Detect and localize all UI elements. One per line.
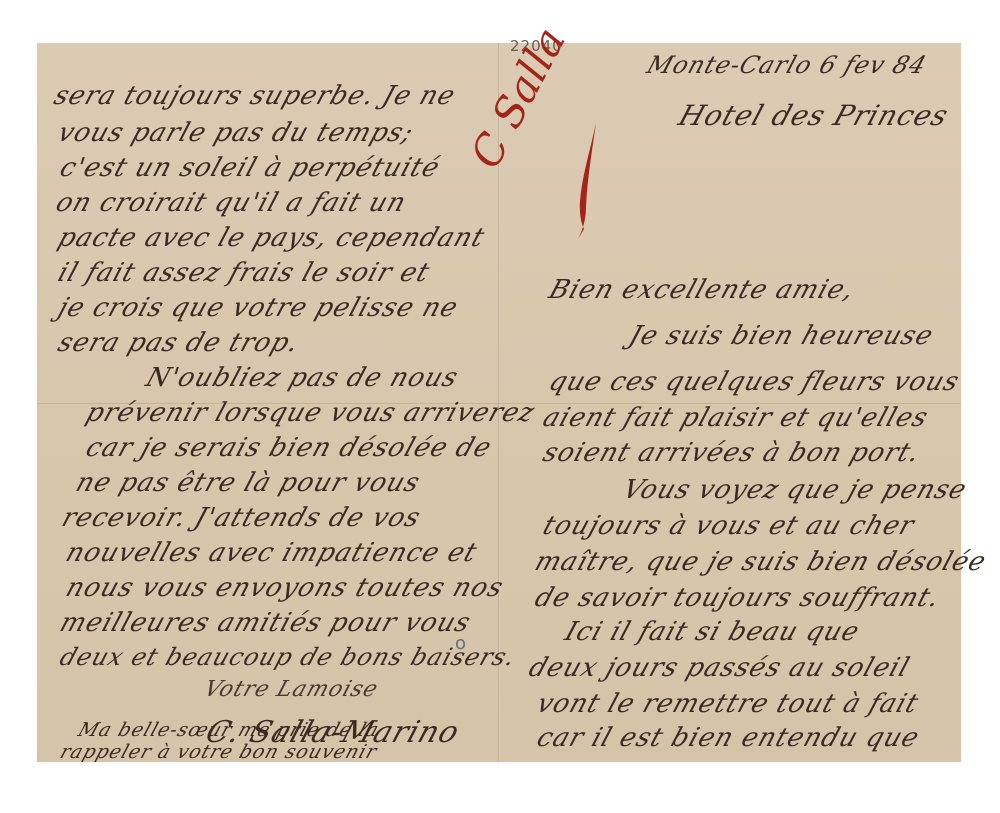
postscript-line: Ma belle-sœur me prie de la: [75, 719, 382, 741]
text-line: meilleures amitiés pour vous: [56, 608, 475, 638]
text-line: vont le remettre tout à fait: [533, 689, 923, 719]
text-line: sera toujours superbe. Je ne: [50, 81, 459, 111]
monogram: C Salla: [514, 81, 614, 221]
text-line: vous parle pas du temps;: [54, 118, 418, 148]
text-line: Je suis bien heureuse: [625, 321, 937, 351]
text-line: pacte avec le pays, cependant: [54, 223, 489, 253]
text-line: Ici il fait si beau que: [561, 617, 863, 647]
text-line: maître, que je suis bien désolée: [531, 547, 990, 577]
text-line: Vous voyez que je pense: [619, 475, 971, 505]
text-line: prévenir lorsque vous arriverez: [82, 398, 539, 428]
postscript-line: rappeler à votre bon souvenir: [57, 741, 380, 763]
salutation: Bien excellente amie,: [545, 275, 859, 305]
closing: Votre Lamoise: [201, 677, 382, 702]
place-date: Monte-Carlo 6 fev 84: [643, 51, 930, 79]
text-line: il fait assez frais le soir et: [54, 258, 434, 288]
left-page: sera toujours superbe. Je ne vous parle …: [37, 43, 498, 762]
text-line: car il est bien entendu que: [533, 723, 923, 753]
text-line: deux et beaucoup de bons baisers.: [56, 643, 519, 671]
text-line: deux jours passés au soleil: [525, 653, 914, 683]
text-line: nous vous envoyons toutes nos: [62, 573, 507, 603]
text-line: nouvelles avec impatience et: [62, 538, 481, 568]
letter-sheet: sera toujours superbe. Je ne vous parle …: [37, 43, 961, 762]
text-line: que ces quelques fleurs vous: [545, 367, 963, 397]
text-line: car je serais bien désolée de: [82, 433, 496, 463]
text-line: N'oubliez pas de nous: [142, 363, 462, 393]
text-line: ne pas être là pour vous: [72, 468, 424, 498]
hotel-name: Hotel des Princes: [675, 99, 953, 132]
text-line: toujours à vous et au cher: [539, 511, 918, 541]
text-line: recevoir. J'attends de vos: [58, 503, 425, 533]
right-page: 22040 C Salla Monte-Carlo 6 fev 84 Hotel…: [500, 43, 961, 762]
text-line: de savoir toujours souffrant.: [531, 583, 944, 613]
text-line: sera pas de trop.: [54, 328, 303, 358]
text-line: soient arrivées à bon port.: [539, 438, 924, 468]
monogram-flourish-icon: [576, 121, 598, 241]
text-line: c'est un soleil à perpétuité: [56, 153, 444, 183]
text-line: aient fait plaisir et qu'elles: [539, 403, 932, 433]
margin-mark: o: [455, 633, 466, 654]
text-line: on croirait qu'il a fait un: [52, 188, 410, 218]
text-line: je crois que votre pelisse ne: [54, 293, 462, 323]
